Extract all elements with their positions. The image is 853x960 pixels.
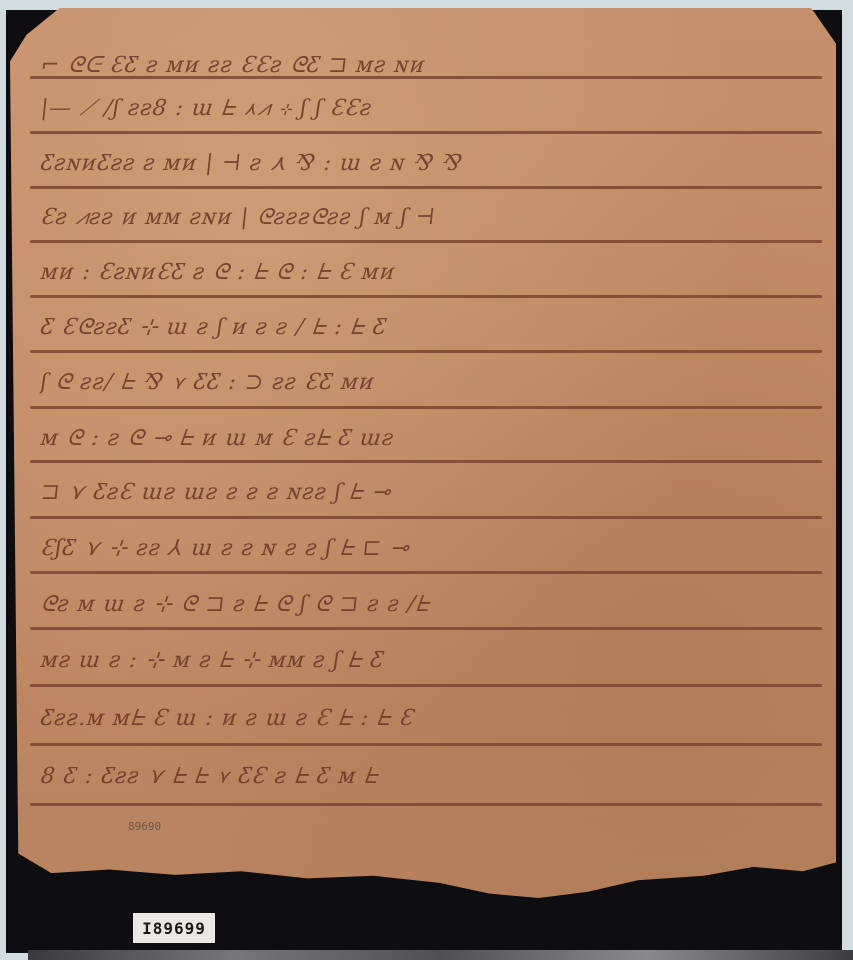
- inscription-line: ᴍ ᘓ : ƨ ᘓ ⊸ ᖶ ᴎ ɯ ᴍ Ɛ ƨᖶ Ƹ ɯƨ: [38, 426, 814, 466]
- inscription-line: Ɛƨ ⩘ƨƨ ᴎ ᴍᴍ ƨɴᴎ | ᘓƨƨƨᘓƨƨ ʃ ᴍ ʃ ⊣: [38, 205, 814, 245]
- inscription-line: 8 Ƹ : Ƹƨƨ ⋎ ᖶ ᖶ ⋎ ƸƐ ƨ ᖶ Ƹ ᴍ ᖶ: [38, 764, 814, 804]
- inscription-line: ƐʃƸ ⋎ ⊹ ƨƨ ⅄ ɯ ƨ ƨ ɴ ƨ ƨ ʃ ᖶ ⊏ ⊸: [38, 536, 814, 576]
- inscription-line: ᴍƨ ɯ ƨ : ⊹ ᴍ ƨ ᖶ ⊹ ᴍᴍ ƨ ʃ ᖶ Ƹ: [38, 648, 814, 688]
- clay-tablet: ⌐ ᘓᕮ ƐƸ ƨ ᴍᴎ ƨƨ ƐƐƨ ᘓƸ ⊐ ᴍƨ ɴᴎ |— ⟋ /ʃ ƨ…: [10, 8, 836, 898]
- inscription-line: ƸƨɴᴎƸƨƨ ƨ ᴍᴎ | ⊣ ƨ ⋏ ⅋ : ɯ ƨ ɴ ⅋ ⅋: [38, 151, 814, 191]
- bottom-strip: [28, 950, 853, 960]
- inscription-line: ᘓƨ ᴍ ɯ ƨ ⊹ ᘓ ⊐ ƨ ᖶ ᘓ ʃ ᘓ ⊐ ƨ ƨ /ᖶ: [38, 592, 814, 632]
- catalog-label-card: I89699: [133, 913, 215, 943]
- inscription-line: |— ⟋ /ʃ ƨƨ8 : ɯ ᖶ ⋏⩘ ⊹ ʃ ʃ ƐƐƨ: [38, 96, 814, 136]
- inscription-line: ʃ ᘓ ƨƨ/ ᖶ ⅋ ⋎ ƸƸ : ⊃ ƨƨ ƐƸ ᴍᴎ: [38, 370, 814, 410]
- inscription-line: Ƹ ƐᘓƨƨƸ ⊹ ɯ ƨ ʃ ᴎ ƨ ƨ / ᖶ : ᖶ Ƹ: [38, 315, 814, 355]
- inscription-line: ᴍᴎ : ƐƨɴᴎƐƸ ƨ ᘓ : ᖶ ᘓ : ᖶ Ɛ ᴍᴎ: [38, 260, 814, 300]
- inscription-line: Ƹƨƨ.ᴍ ᴍᖶ Ɛ ɯ : ᴎ ƨ ɯ ƨ Ɛ ᖶ : ᖶ Ɛ: [38, 706, 814, 746]
- museum-number: 89690: [128, 820, 161, 833]
- inscription-line: ⊐ ⋎ ƸƨƐ ɯƨ ɯƨ ƨ ƨ ƨ ɴƨƨ ʃ ᖶ ⊸: [38, 480, 814, 520]
- inscription-line: ⌐ ᘓᕮ ƐƸ ƨ ᴍᴎ ƨƨ ƐƐƨ ᘓƸ ⊐ ᴍƨ ɴᴎ: [38, 53, 814, 93]
